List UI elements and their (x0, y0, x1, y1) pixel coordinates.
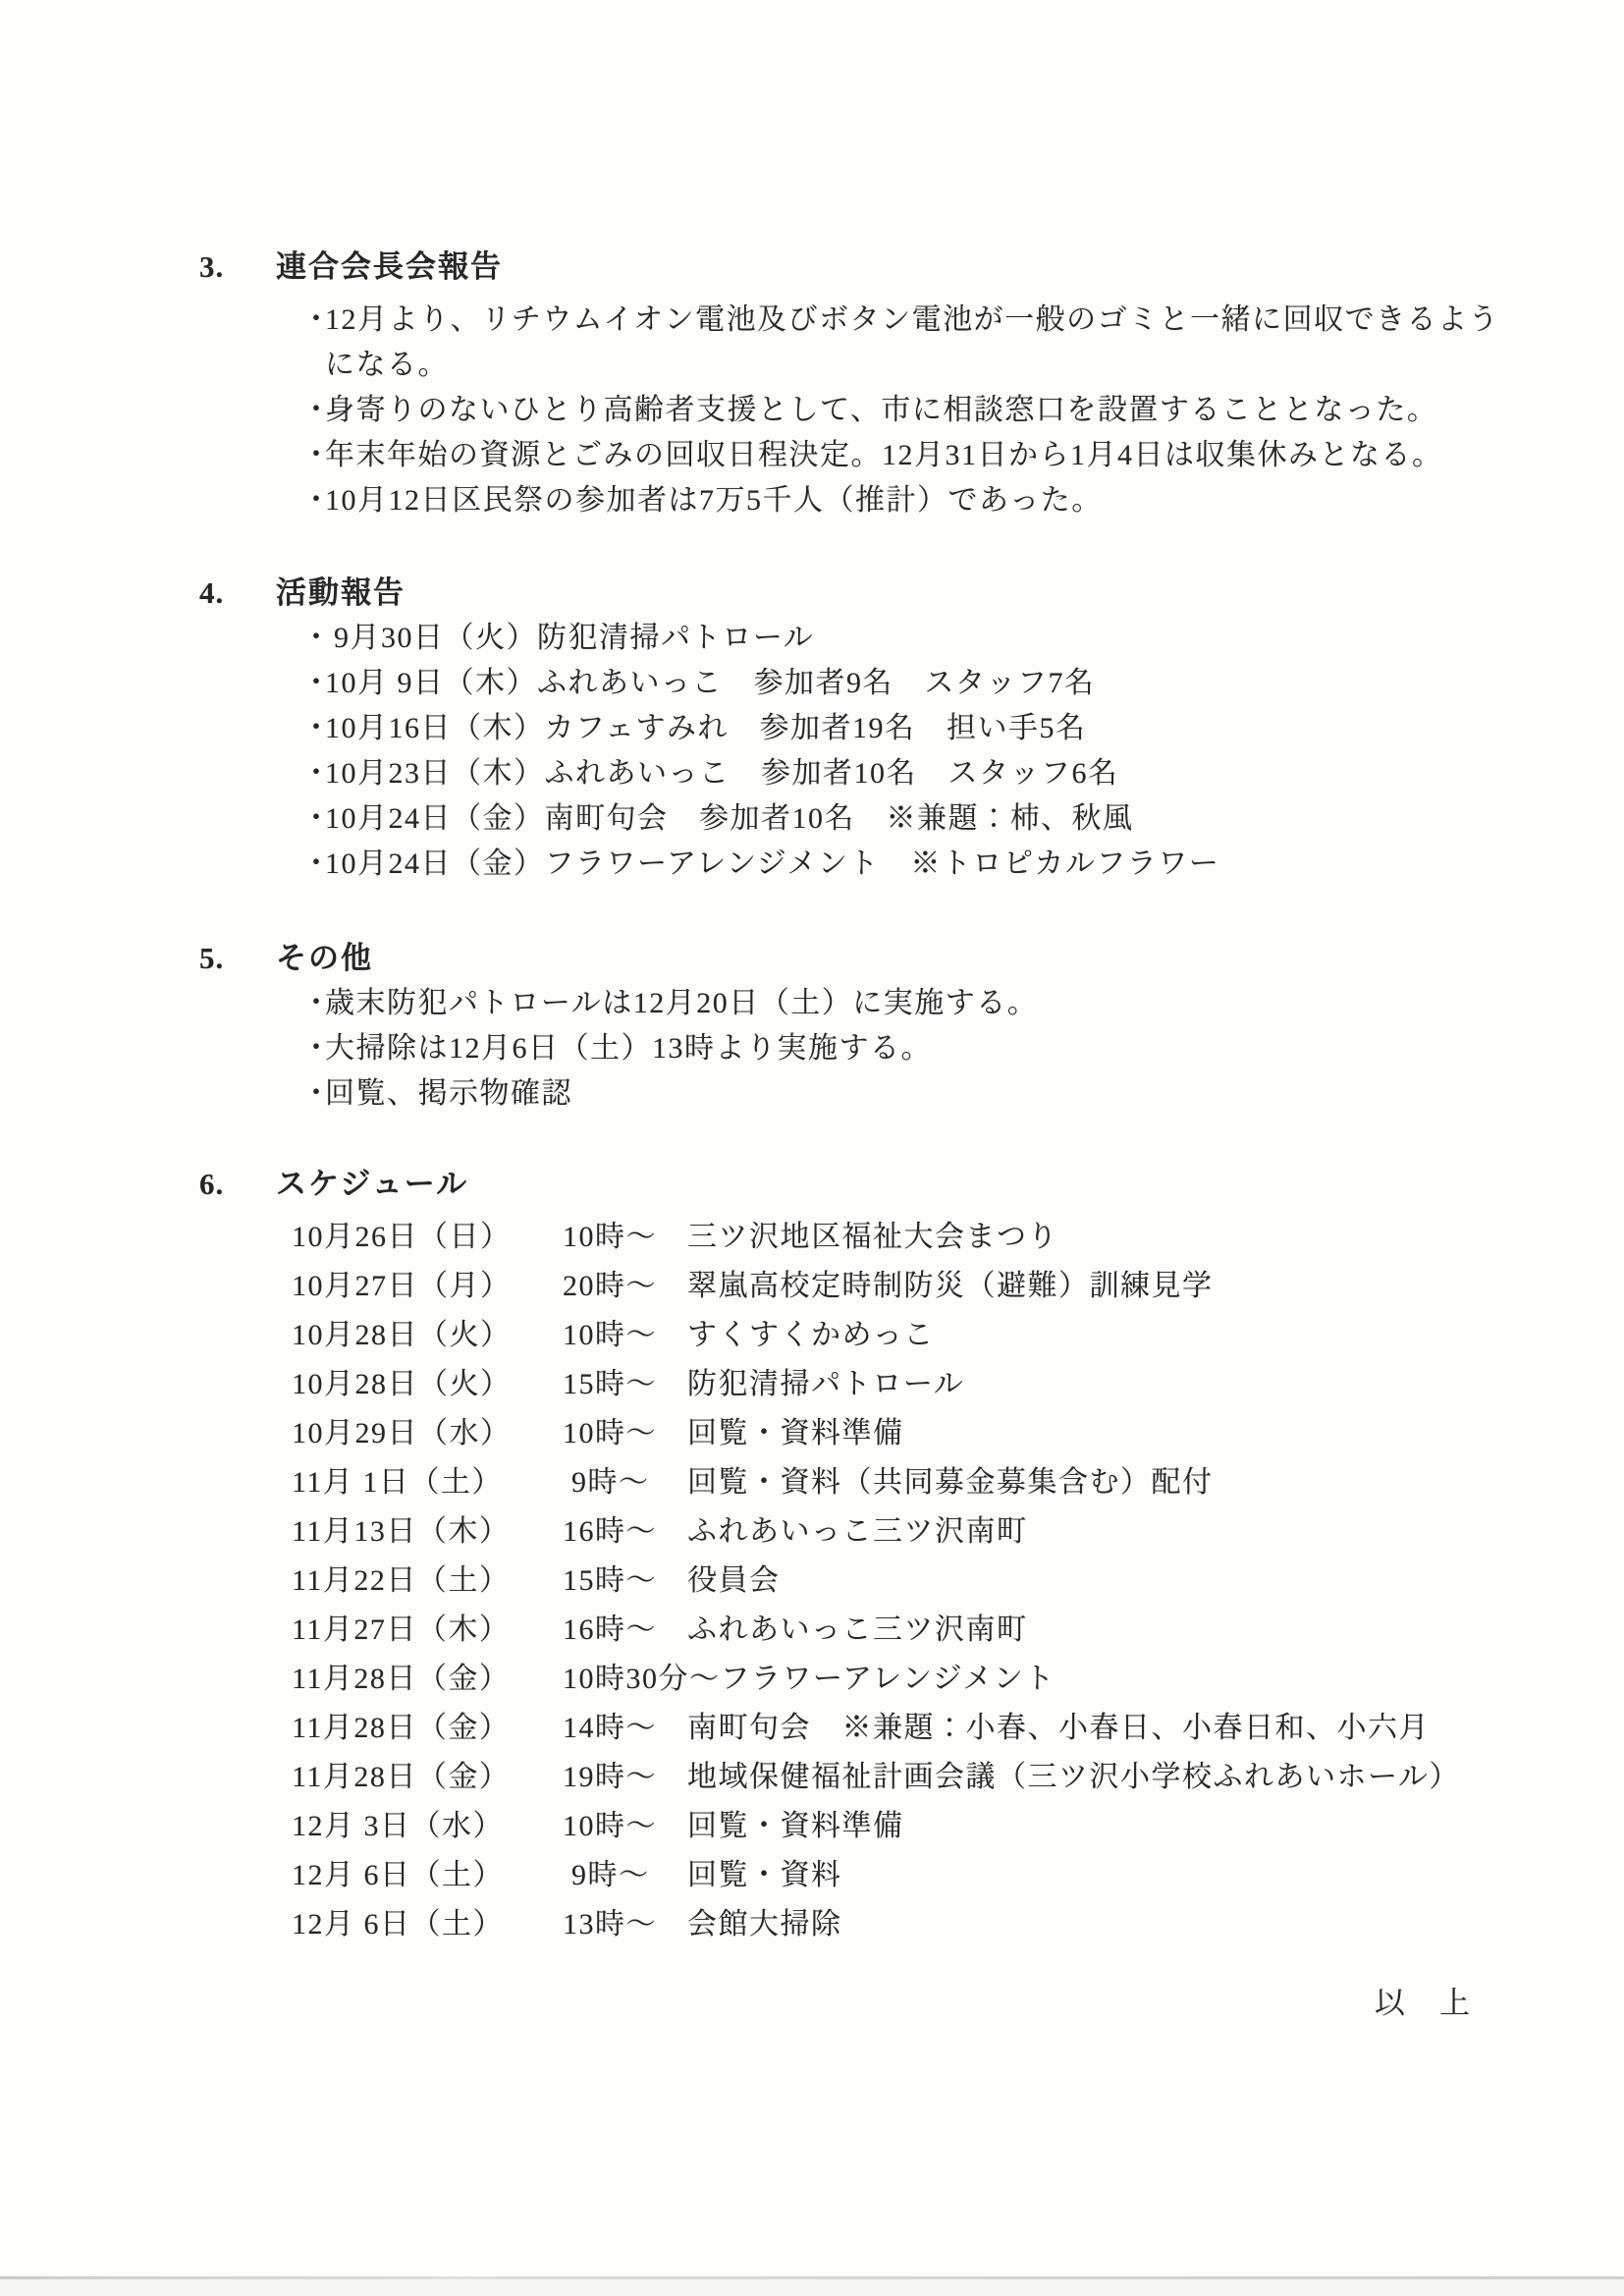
bullet-text: 10月 9日（木）ふれあいっこ 参加者9名 スタッフ7名 (325, 664, 1096, 703)
schedule-event: フラワーアレンジメント (721, 1660, 1056, 1699)
schedule-date: 11月22日（土） (292, 1561, 563, 1601)
bullet-text: 年末年始の資源とごみの回収日程決定。12月31日から1月4日は収集休みとなる。 (325, 436, 1443, 475)
schedule-date: 11月13日（木） (292, 1512, 563, 1552)
bullet-line: ・ 10月 9日（木）ふれあいっこ 参加者9名 スタッフ7名 (301, 664, 1096, 703)
schedule-event: 会館大掃除 (687, 1905, 842, 1944)
section-number: 3. (199, 247, 276, 287)
section-number: 5. (199, 939, 276, 978)
schedule-date: 10月29日（水） (292, 1414, 563, 1453)
closing-text: 以 上 (1375, 1978, 1472, 2022)
bullet-icon: ・ (301, 664, 325, 703)
bullet-line: ・ 身寄りのないひとり高齢者支援として、市に相談窓口を設置することとなった。 (301, 391, 1437, 430)
bullet-line: ・ 10月23日（木）ふれあいっこ 参加者10名 スタッフ6名 (301, 754, 1119, 793)
schedule-row: 11月28日（金） 10時30分～ フラワーアレンジメント (292, 1660, 1056, 1699)
bullet-line: ・ 10月16日（木）カフェすみれ 参加者19名 担い手5名 (301, 709, 1087, 748)
schedule-row: 11月27日（木） 16時～ ふれあいっこ三ツ沢南町 (292, 1611, 1028, 1650)
scanned-document-page: 3. 連合会長会報告 ・ 12月より、リチウムイオン電池及びボタン電池が一般のゴ… (0, 0, 1624, 2296)
schedule-event: ふれあいっこ三ツ沢南町 (687, 1512, 1028, 1552)
bullet-icon: ・ (301, 799, 325, 839)
schedule-event: 防犯清掃パトロール (687, 1365, 964, 1404)
schedule-row: 11月22日（土） 15時～ 役員会 (292, 1561, 781, 1601)
bullet-line: ・ 歳末防犯パトロールは12月20日（土）に実施する。 (301, 984, 1038, 1023)
schedule-date: 10月27日（月） (292, 1267, 563, 1306)
schedule-date: 11月28日（金） (292, 1660, 563, 1699)
schedule-date: 11月27日（木） (292, 1611, 563, 1650)
schedule-event: 回覧・資料 (687, 1856, 842, 1895)
schedule-time: 10時～ (563, 1316, 687, 1355)
schedule-date: 11月28日（金） (292, 1709, 563, 1748)
schedule-time: 13時～ (563, 1905, 687, 1944)
bullet-icon: ・ (301, 1029, 325, 1068)
section-title: 連合会長会報告 (276, 247, 503, 287)
schedule-event: ふれあいっこ三ツ沢南町 (687, 1611, 1028, 1650)
schedule-time: 10時30分～ (563, 1660, 721, 1699)
schedule-date: 11月 1日（土） (292, 1463, 563, 1503)
schedule-time: 19時～ (563, 1758, 687, 1797)
bullet-line: になる。 (301, 346, 449, 385)
section-5-heading: 5. その他 (199, 939, 373, 978)
schedule-event: 回覧・資料（共同募金募集含む）配付 (687, 1463, 1214, 1503)
bullet-text: 歳末防犯パトロールは12月20日（土）に実施する。 (325, 984, 1038, 1023)
bullet-line: ・ 10月24日（金）フラワーアレンジメント ※トロピカルフラワー (301, 845, 1219, 884)
section-title: 活動報告 (276, 574, 406, 613)
schedule-row: 10月28日（火） 15時～ 防犯清掃パトロール (292, 1365, 964, 1404)
schedule-event: 南町句会 ※兼題：小春、小春日、小春日和、小六月 (687, 1709, 1430, 1748)
section-title: その他 (276, 939, 373, 978)
bullet-text: になる。 (325, 346, 449, 385)
bullet-line: ・ 10月24日（金）南町句会 参加者10名 ※兼題：柿、秋風 (301, 799, 1134, 839)
section-title: スケジュール (276, 1165, 468, 1204)
schedule-date: 11月28日（金） (292, 1758, 563, 1797)
bullet-icon: ・ (301, 1074, 325, 1114)
schedule-date: 12月 6日（土） (292, 1905, 563, 1944)
schedule-event: 回覧・資料準備 (687, 1807, 904, 1846)
schedule-row: 11月 1日（土） 9時～ 回覧・資料（共同募金募集含む）配付 (292, 1463, 1214, 1503)
bullet-line: ・ 大掃除は12月6日（土）13時より実施する。 (301, 1029, 932, 1068)
schedule-row: 11月28日（金） 14時～ 南町句会 ※兼題：小春、小春日、小春日和、小六月 (292, 1709, 1430, 1748)
schedule-row: 11月28日（金） 19時～ 地域保健福祉計画会議（三ツ沢小学校ふれあいホール） (292, 1758, 1460, 1797)
schedule-time: 15時～ (563, 1365, 687, 1404)
schedule-event: すくすくかめっこ (687, 1316, 935, 1355)
schedule-event: 地域保健福祉計画会議（三ツ沢小学校ふれあいホール） (687, 1758, 1460, 1797)
section-3-heading: 3. 連合会長会報告 (199, 247, 503, 287)
bullet-text: 10月23日（木）ふれあいっこ 参加者10名 スタッフ6名 (325, 754, 1119, 793)
bullet-icon: ・ (301, 391, 325, 430)
schedule-row: 12月 3日（水） 10時～ 回覧・資料準備 (292, 1807, 904, 1846)
section-4-heading: 4. 活動報告 (199, 574, 406, 613)
bullet-icon (301, 346, 325, 385)
schedule-date: 12月 6日（土） (292, 1856, 563, 1895)
schedule-time: 10時～ (563, 1218, 687, 1257)
bullet-text: 10月12日区民祭の参加者は7万5千人（推計）であった。 (325, 481, 1103, 520)
bullet-icon: ・ (301, 619, 325, 658)
schedule-time: 10時～ (563, 1414, 687, 1453)
scan-edge-area (0, 2279, 1624, 2296)
bullet-icon: ・ (301, 436, 325, 475)
schedule-time: 16時～ (563, 1512, 687, 1552)
section-number: 6. (199, 1165, 276, 1204)
bullet-text: 10月24日（金）フラワーアレンジメント ※トロピカルフラワー (325, 845, 1219, 884)
schedule-event: 役員会 (687, 1561, 781, 1601)
bullet-icon: ・ (301, 984, 325, 1023)
schedule-time: 14時～ (563, 1709, 687, 1748)
bullet-line: ・ 9月30日（火）防犯清掃パトロール (301, 619, 814, 658)
bullet-icon: ・ (301, 709, 325, 748)
schedule-date: 10月26日（日） (292, 1218, 563, 1257)
bullet-text: 身寄りのないひとり高齢者支援として、市に相談窓口を設置することとなった。 (325, 391, 1437, 430)
schedule-date: 10月28日（火） (292, 1365, 563, 1404)
bullet-icon: ・ (301, 301, 325, 340)
schedule-date: 10月28日（火） (292, 1316, 563, 1355)
schedule-row: 10月29日（水） 10時～ 回覧・資料準備 (292, 1414, 904, 1453)
schedule-row: 10月27日（月） 20時～ 翠嵐高校定時制防災（避難）訓練見学 (292, 1267, 1214, 1306)
schedule-time: 9時～ (563, 1856, 687, 1895)
bullet-text: 大掃除は12月6日（土）13時より実施する。 (325, 1029, 932, 1068)
schedule-event: 翠嵐高校定時制防災（避難）訓練見学 (687, 1267, 1214, 1306)
schedule-row: 10月26日（日） 10時～ 三ツ沢地区福祉大会まつり (292, 1218, 1058, 1257)
section-6-heading: 6. スケジュール (199, 1165, 468, 1204)
bullet-text: 10月16日（木）カフェすみれ 参加者19名 担い手5名 (325, 709, 1087, 748)
schedule-event: 回覧・資料準備 (687, 1414, 904, 1453)
schedule-row: 10月28日（火） 10時～ すくすくかめっこ (292, 1316, 935, 1355)
schedule-row: 11月13日（木） 16時～ ふれあいっこ三ツ沢南町 (292, 1512, 1028, 1552)
bullet-text: 12月より、リチウムイオン電池及びボタン電池が一般のゴミと一緒に回収できるよう (325, 301, 1499, 340)
bullet-line: ・ 年末年始の資源とごみの回収日程決定。12月31日から1月4日は収集休みとなる… (301, 436, 1443, 475)
schedule-row: 12月 6日（土） 13時～ 会館大掃除 (292, 1905, 842, 1944)
section-number: 4. (199, 574, 276, 613)
schedule-time: 20時～ (563, 1267, 687, 1306)
bullet-text: 9月30日（火）防犯清掃パトロール (325, 619, 814, 658)
schedule-time: 10時～ (563, 1807, 687, 1846)
bullet-line: ・ 10月12日区民祭の参加者は7万5千人（推計）であった。 (301, 481, 1103, 520)
schedule-time: 15時～ (563, 1561, 687, 1601)
schedule-time: 16時～ (563, 1611, 687, 1650)
bullet-icon: ・ (301, 754, 325, 793)
bullet-line: ・ 12月より、リチウムイオン電池及びボタン電池が一般のゴミと一緒に回収できるよ… (301, 301, 1499, 340)
schedule-date: 12月 3日（水） (292, 1807, 563, 1846)
schedule-event: 三ツ沢地区福祉大会まつり (687, 1218, 1058, 1257)
schedule-time: 9時～ (563, 1463, 687, 1503)
bullet-text: 10月24日（金）南町句会 参加者10名 ※兼題：柿、秋風 (325, 799, 1134, 839)
bullet-icon: ・ (301, 845, 325, 884)
schedule-row: 12月 6日（土） 9時～ 回覧・資料 (292, 1856, 842, 1895)
bullet-line: ・ 回覧、掲示物確認 (301, 1074, 572, 1114)
bullet-text: 回覧、掲示物確認 (325, 1074, 572, 1114)
bullet-icon: ・ (301, 481, 325, 520)
